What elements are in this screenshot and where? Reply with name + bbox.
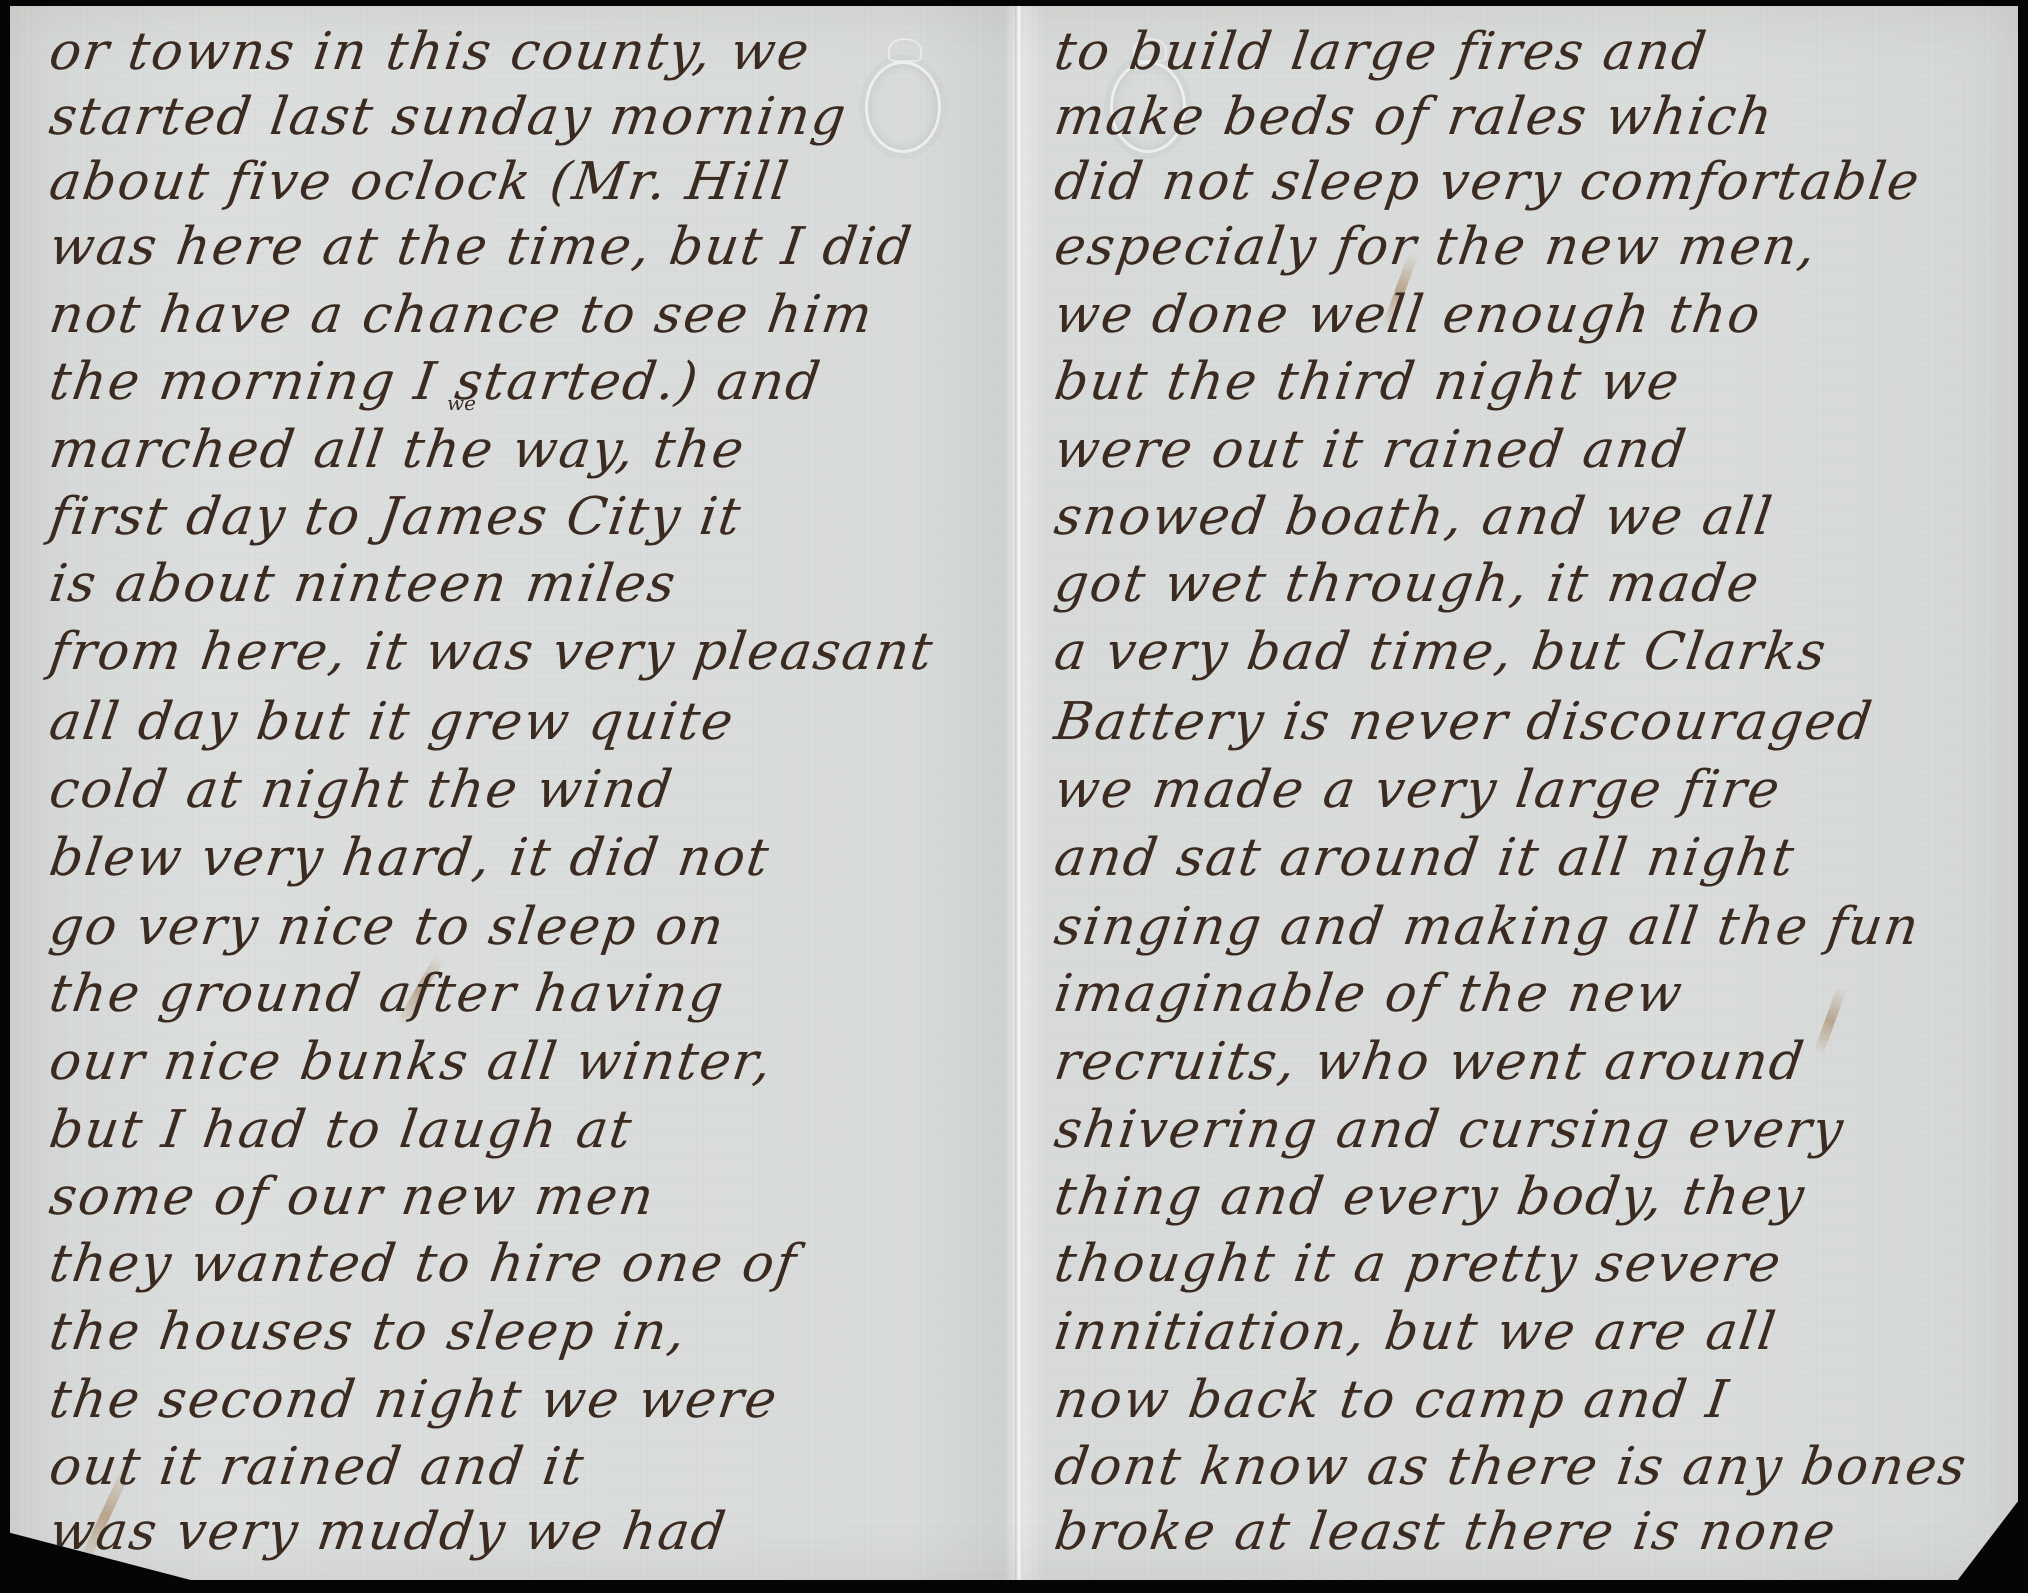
handwritten-line: thought it a pretty severe xyxy=(1051,1238,1785,1290)
handwritten-line: singing and making all the fun xyxy=(1051,901,1923,953)
handwritten-line: but I had to laugh at xyxy=(46,1104,636,1156)
handwritten-line: imaginable of the new xyxy=(1051,968,1686,1020)
right-page: to build large fires and make beds of ra… xyxy=(1025,6,2018,1580)
handwritten-line: some of our new men xyxy=(46,1171,658,1223)
handwritten-line: the second night we were xyxy=(46,1374,781,1426)
handwritten-line: we done well enough tho xyxy=(1051,289,1765,341)
embossed-seal-icon xyxy=(865,61,941,153)
handwritten-line: not have a chance to see him xyxy=(46,289,877,341)
paper-sheet: we or towns in this county, we started l… xyxy=(10,6,2018,1580)
handwritten-line: shivering and cursing every xyxy=(1051,1104,1848,1156)
handwritten-line: to build large fires and xyxy=(1051,26,1710,78)
handwritten-line: make beds of rales which xyxy=(1051,91,1777,143)
handwritten-line: out it rained and it xyxy=(46,1441,588,1493)
handwritten-line: broke at least there is none xyxy=(1051,1506,1840,1558)
handwritten-line: was very muddy we had xyxy=(46,1506,730,1558)
handwritten-line: Battery is never discouraged xyxy=(1051,696,1876,748)
handwritten-line: go very nice to sleep on xyxy=(46,901,728,953)
handwritten-line: about five oclock (Mr. Hill xyxy=(46,156,793,208)
handwritten-line: from here, it was very pleasant xyxy=(46,626,937,678)
handwritten-line: now back to camp and I xyxy=(1051,1374,1732,1426)
handwritten-line: innitiation, but we are all xyxy=(1051,1306,1780,1358)
handwritten-line: snowed boath, and we all xyxy=(1051,491,1776,543)
handwritten-line: all day but it grew quite xyxy=(46,696,738,748)
handwritten-line: recruits, who went around xyxy=(1051,1036,1808,1088)
handwritten-line: blew very hard, it did not xyxy=(46,832,773,884)
handwritten-line: thing and every body, they xyxy=(1051,1171,1809,1223)
handwritten-line: marched all the way, the xyxy=(46,424,748,476)
handwritten-line: is about ninteen miles xyxy=(46,558,680,610)
handwritten-line: they wanted to hire one of xyxy=(46,1238,801,1290)
center-fold xyxy=(1015,6,1023,1580)
handwritten-line: got wet through, it made xyxy=(1051,558,1763,610)
ink-stain xyxy=(1813,986,1846,1055)
handwritten-line: started last sunday morning xyxy=(46,91,850,143)
handwritten-line: and sat around it all night xyxy=(1051,832,1798,884)
left-page: we or towns in this county, we started l… xyxy=(10,6,1010,1580)
handwritten-line: first day to James City it xyxy=(46,491,745,543)
handwritten-line: dont know as there is any bones xyxy=(1051,1441,1970,1493)
handwritten-line: or towns in this county, we xyxy=(46,26,813,78)
handwritten-line: a very bad time, but Clarks xyxy=(1051,626,1830,678)
handwritten-line: did not sleep very comfortable xyxy=(1051,156,1924,208)
handwritten-line: we made a very large fire xyxy=(1051,764,1784,816)
handwritten-line: but the third night we xyxy=(1051,356,1684,408)
handwritten-line: the houses to sleep in, xyxy=(46,1306,690,1358)
handwritten-line: was here at the time, but I did xyxy=(46,221,916,273)
handwritten-line: the morning I started.) and xyxy=(46,356,824,408)
handwritten-line: our nice bunks all winter, xyxy=(46,1036,776,1088)
scanned-letter: we or towns in this county, we started l… xyxy=(0,0,2028,1593)
handwritten-line: were out it rained and xyxy=(1051,424,1690,476)
handwritten-line: the ground after having xyxy=(46,968,728,1020)
handwritten-line: cold at night the wind xyxy=(46,764,677,816)
handwritten-line: especialy for the new men, xyxy=(1051,221,1820,273)
